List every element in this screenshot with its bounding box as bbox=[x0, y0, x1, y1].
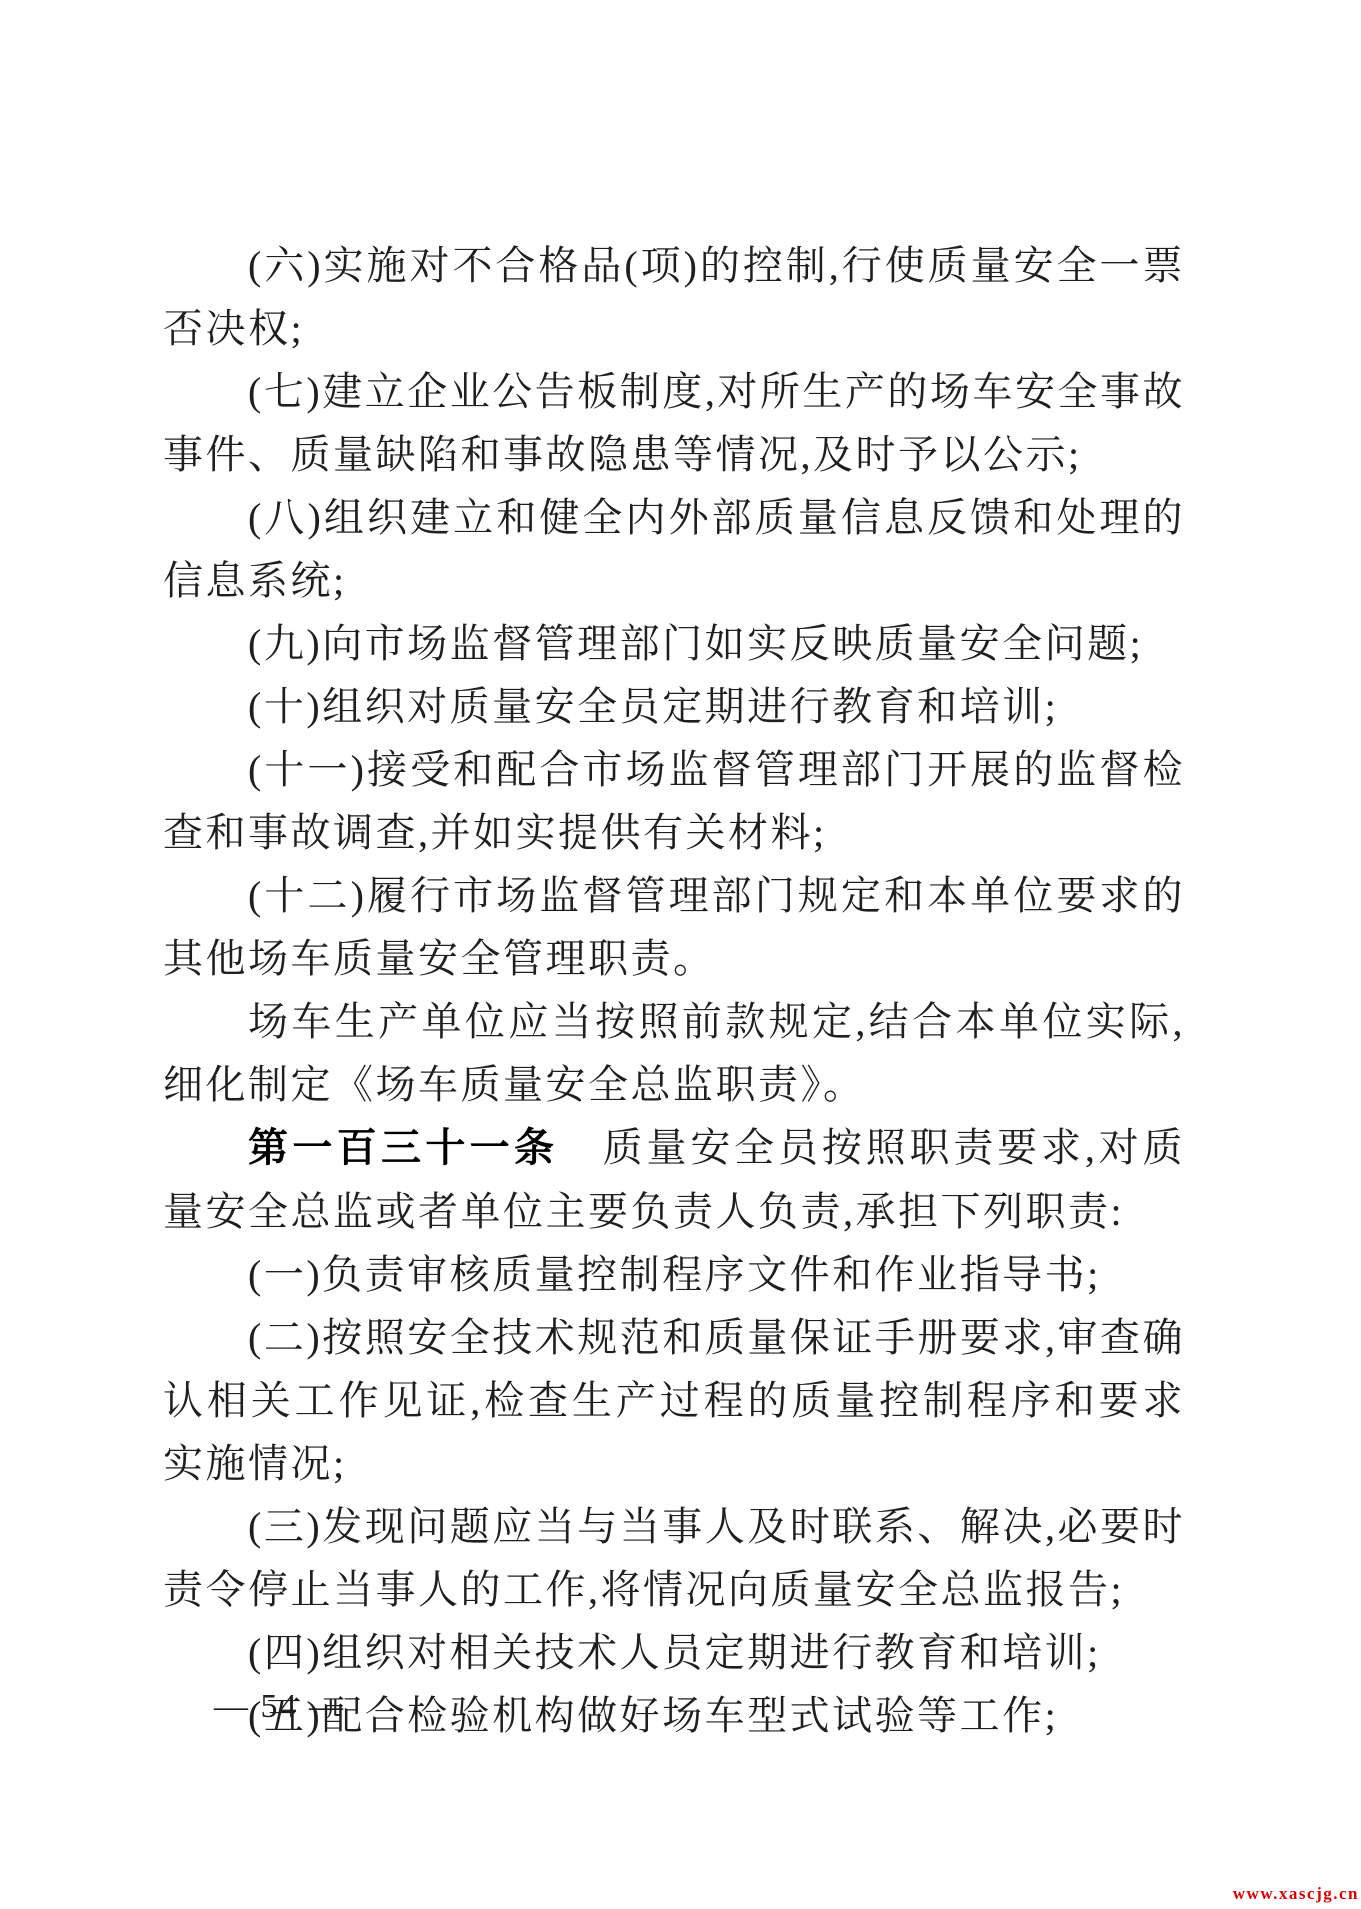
watermark-url: www.xascjg.cn bbox=[1233, 1884, 1359, 1904]
paragraph-text: (五)配合检验机构做好场车型式试验等工作; bbox=[248, 1693, 1058, 1738]
paragraph-text: (四)组织对相关技术人员定期进行教育和培训; bbox=[248, 1630, 1101, 1675]
article-number: 第一百三十一条 bbox=[248, 1126, 603, 1170]
paragraph: (四)组织对相关技术人员定期进行教育和培训; bbox=[163, 1621, 1185, 1684]
paragraph-text: (十二)履行市场监督管理部门规定和本单位要求的其他场车质量安全管理职责。 bbox=[163, 873, 1185, 981]
paragraph: (三)发现问题应当与当事人及时联系、解决,必要时责令停止当事人的工作,将情况向质… bbox=[163, 1495, 1185, 1621]
paragraph-text: (一)负责审核质量控制程序文件和作业指导书; bbox=[248, 1252, 1101, 1297]
paragraph: (十一)接受和配合市场监督管理部门开展的监督检查和事故调查,并如实提供有关材料; bbox=[163, 738, 1185, 864]
paragraph-text: (三)发现问题应当与当事人及时联系、解决,必要时责令停止当事人的工作,将情况向质… bbox=[163, 1504, 1185, 1612]
paragraph: 场车生产单位应当按照前款规定,结合本单位实际,细化制定《场车质量安全总监职责》。 bbox=[163, 990, 1185, 1116]
paragraph: (十二)履行市场监督管理部门规定和本单位要求的其他场车质量安全管理职责。 bbox=[163, 864, 1185, 990]
paragraph-text: (七)建立企业公告板制度,对所生产的场车安全事故事件、质量缺陷和事故隐患等情况,… bbox=[163, 369, 1185, 477]
paragraph-text: (十)组织对质量安全员定期进行教育和培训; bbox=[248, 684, 1058, 729]
paragraph: (八)组织建立和健全内外部质量信息反馈和处理的信息系统; bbox=[163, 486, 1185, 612]
page-number: — 54 — bbox=[214, 1688, 345, 1726]
paragraph: (一)负责审核质量控制程序文件和作业指导书; bbox=[163, 1243, 1185, 1306]
document-page: (六)实施对不合格品(项)的控制,行使质量安全一票否决权;(七)建立企业公告板制… bbox=[0, 0, 1361, 1909]
paragraph-text: (二)按照安全技术规范和质量保证手册要求,审查确认相关工作见证,检查生产过程的质… bbox=[163, 1315, 1185, 1486]
paragraph-text: (十一)接受和配合市场监督管理部门开展的监督检查和事故调查,并如实提供有关材料; bbox=[163, 747, 1185, 855]
paragraph: 第一百三十一条 质量安全员按照职责要求,对质量安全总监或者单位主要负责人负责,承… bbox=[163, 1116, 1185, 1243]
paragraph-text: (八)组织建立和健全内外部质量信息反馈和处理的信息系统; bbox=[163, 495, 1185, 603]
paragraph-text: 场车生产单位应当按照前款规定,结合本单位实际,细化制定《场车质量安全总监职责》。 bbox=[163, 999, 1185, 1107]
document-body: (六)实施对不合格品(项)的控制,行使质量安全一票否决权;(七)建立企业公告板制… bbox=[163, 234, 1185, 1747]
paragraph: (二)按照安全技术规范和质量保证手册要求,审查确认相关工作见证,检查生产过程的质… bbox=[163, 1306, 1185, 1495]
paragraph-text: (六)实施对不合格品(项)的控制,行使质量安全一票否决权; bbox=[163, 243, 1185, 351]
paragraph-text: (九)向市场监督管理部门如实反映质量安全问题; bbox=[248, 621, 1143, 666]
paragraph: (六)实施对不合格品(项)的控制,行使质量安全一票否决权; bbox=[163, 234, 1185, 360]
paragraph: (十)组织对质量安全员定期进行教育和培训; bbox=[163, 675, 1185, 738]
paragraph: (七)建立企业公告板制度,对所生产的场车安全事故事件、质量缺陷和事故隐患等情况,… bbox=[163, 360, 1185, 486]
paragraph: (九)向市场监督管理部门如实反映质量安全问题; bbox=[163, 612, 1185, 675]
